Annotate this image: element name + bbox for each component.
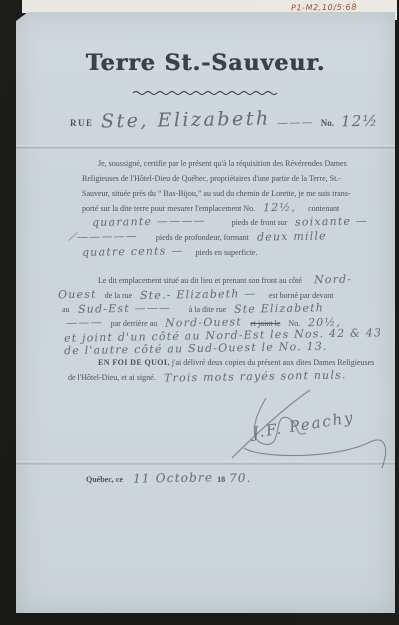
date-century-printed: 18 <box>217 475 225 484</box>
front-side-handwritten-part1: Nord- <box>314 274 352 286</box>
date-line: Québec, ce 11 Octobre 18 70. <box>86 469 252 487</box>
signature-block: J.F. Peachy <box>214 388 398 472</box>
para3-line1-rest: j'ai délivré deux copies du présent aux … <box>172 358 375 367</box>
para1-line4-printed2: contenant <box>308 204 339 213</box>
date-place-printed: Québec, ce <box>86 475 123 484</box>
para2-line3: au Sud-Est ——— à la dite rue Ste Elizabe… <box>62 303 348 315</box>
area-thousands-handwritten: deux mille <box>257 230 327 242</box>
para2-line1: Le dit emplacement situé au dit lieu et … <box>82 274 368 286</box>
flourish-dash: ⟋————— <box>68 230 138 242</box>
lot-number-handwritten: 12½ <box>341 112 379 131</box>
para1-line5-printed: pieds de front sur <box>232 218 288 227</box>
document-photo: P1-M2,10/5:68 Terre St.-Sauveur. RUE Ste… <box>0 0 399 625</box>
width-handwritten: soixante — <box>295 215 368 227</box>
para3-line2-printed: de l'Hôtel-Dieu, et ai signé. <box>68 373 156 382</box>
para2-line3-printed1: au <box>62 305 70 314</box>
para2-line4-struck-words: et joint le <box>250 319 280 328</box>
form-paper: Terre St.-Sauveur. RUE Ste, Elizabeth ——… <box>16 12 395 613</box>
archive-label: P1-M2,10/5:68 <box>291 3 357 13</box>
no-label: No. <box>321 118 334 128</box>
para1-line4-printed1: porté sur la dite terre pour mesurer l'e… <box>82 204 255 213</box>
para1-line4: porté sur la dite terre pour mesurer l'e… <box>82 202 368 214</box>
devant-side-handwritten: Sud-Est ——— <box>77 302 170 315</box>
street-line: RUE Ste, Elizabeth ——— No. 12½ <box>70 109 369 131</box>
rue-label: RUE <box>70 118 94 128</box>
frontage-handwritten: quarante ———— <box>92 215 206 228</box>
flourish-dash-2: ——— <box>66 317 103 329</box>
para2-line6: de l'autre côté au Sud-Ouest le No. 13. <box>64 343 350 355</box>
front-side-handwritten-part2: Ouest <box>58 289 97 301</box>
para2-line3-printed2: à la dite rue <box>189 305 227 314</box>
street-name-inline-handwritten: Ste.- Elizabeth — <box>140 288 257 301</box>
para2-line2-printed2: est borné par devant <box>269 291 334 300</box>
date-day-month-handwritten: 11 Octobre <box>133 470 213 485</box>
area-hundreds-handwritten: quatre cents — <box>82 245 184 258</box>
para1-line2: Religieuses de l'Hôtel-Dieu de Québec, p… <box>82 173 368 184</box>
para3-line2: de l'Hôtel-Dieu, et ai signé. Trois mots… <box>68 371 354 383</box>
para2-line2: Ouest de la rue Ste.- Elizabeth — est bo… <box>58 289 344 301</box>
para1-line7-printed: pieds en superficie. <box>196 248 258 257</box>
derriere-side-handwritten: Nord-Ouest <box>165 316 242 328</box>
southwest-boundary-handwritten: de l'autre côté au Sud-Ouest le No. 13. <box>64 341 328 357</box>
street-line-dash: ——— <box>277 116 314 130</box>
para1-line6-printed: pieds de profondeur, formant <box>156 233 249 242</box>
fold-crease-top <box>16 145 395 150</box>
para1-line3: Sauveur, située près du “ Bas-Bijou,” au… <box>82 188 368 199</box>
para1-line5: quarante ———— pieds de front sur soixant… <box>82 216 368 228</box>
street-name-handwritten: Ste, Elizabeth <box>100 108 270 133</box>
para2-line2-printed1: de la rue <box>105 291 133 300</box>
para1-line1: Je, soussigné, certifie par le présent q… <box>82 158 384 169</box>
dite-rue-handwritten: Ste Elizabeth <box>234 302 324 315</box>
para3-line1: EN FOI DE QUOI, j'ai délivré deux copies… <box>82 357 368 368</box>
lot-number-inline-handwritten: 12½, <box>263 202 296 214</box>
para2-line4-printed1: par derrière au <box>111 319 158 328</box>
para1-line7: quatre cents — pieds en superficie. <box>82 246 368 258</box>
rayes-note-handwritten: Trois mots rayés sont nuls. <box>164 369 347 383</box>
para2-line1-printed: Le dit emplacement situé au dit lieu et … <box>82 276 302 285</box>
para1-line6: ⟋————— pieds de profondeur, formant deux… <box>68 231 354 243</box>
form-title: Terre St.-Sauveur. <box>16 50 395 76</box>
para2-line4-printed2: No. <box>288 319 300 328</box>
en-foi-de-quoi-label: EN FOI DE QUOI, <box>82 358 170 367</box>
title-underline-squiggle <box>131 89 281 97</box>
date-year-handwritten: 70. <box>229 471 252 485</box>
